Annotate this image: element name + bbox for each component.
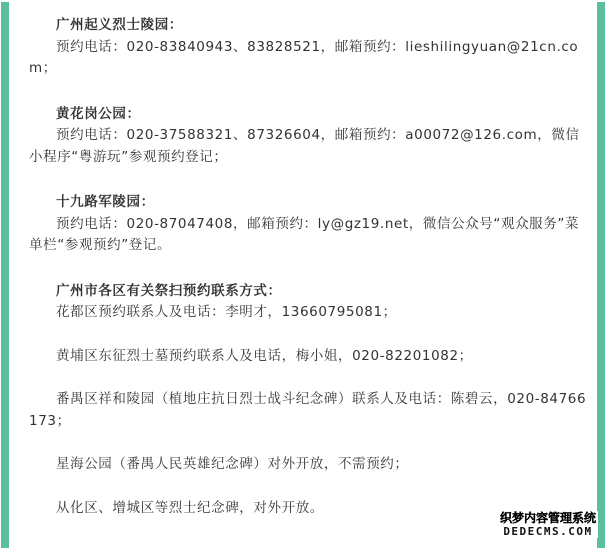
huangpu-district-contact: 黄埔区东征烈士墓预约联系人及电话，梅小姐，020-82201082； bbox=[29, 346, 587, 368]
section-heading-qiyi-cemetery: 广州起义烈士陵园： bbox=[29, 15, 587, 37]
spacer bbox=[29, 367, 587, 389]
spacer bbox=[29, 432, 587, 454]
19th-route-army-cemetery-contact: 预约电话：020-87047408，邮箱预约：ly@gz19.net，微信公众号… bbox=[29, 214, 587, 257]
watermark-domain: DEDECMS.COM bbox=[498, 525, 598, 538]
section-heading-19th-route-army-cemetery: 十九路军陵园： bbox=[29, 192, 587, 214]
spacer bbox=[29, 257, 587, 281]
huadu-district-contact: 花都区预约联系人及电话：李明才，13660795081； bbox=[29, 302, 587, 324]
article-content: 广州起义烈士陵园： 预约电话：020-83840943、83828521，邮箱预… bbox=[29, 15, 587, 519]
spacer bbox=[29, 80, 587, 104]
qiyi-cemetery-contact: 预约电话：020-83840943、83828521，邮箱预约：lieshili… bbox=[29, 37, 587, 80]
huanghuagang-park-contact: 预约电话：020-37588321、87326604，邮箱预约：a00072@1… bbox=[29, 125, 587, 168]
xinghai-park-note: 星海公园（番禺人民英雄纪念碑）对外开放，不需预约； bbox=[29, 454, 587, 476]
spacer bbox=[29, 168, 587, 192]
section-heading-huanghuagang-park: 黄花岗公园： bbox=[29, 104, 587, 126]
spacer bbox=[29, 324, 587, 346]
spacer bbox=[29, 476, 587, 498]
panyu-district-contact: 番禺区祥和陵园（植地庄抗日烈士战斗纪念碑）联系人及电话：陈碧云，020-8476… bbox=[29, 389, 587, 432]
watermark-title: 织梦内容管理系统 bbox=[498, 511, 598, 525]
article-frame: 广州起义烈士陵园： 预约电话：020-83840943、83828521，邮箱预… bbox=[1, 2, 605, 548]
section-heading-district-contacts: 广州市各区有关祭扫预约联系方式： bbox=[29, 281, 587, 303]
dedecms-watermark: 织梦内容管理系统 DEDECMS.COM bbox=[498, 511, 598, 538]
